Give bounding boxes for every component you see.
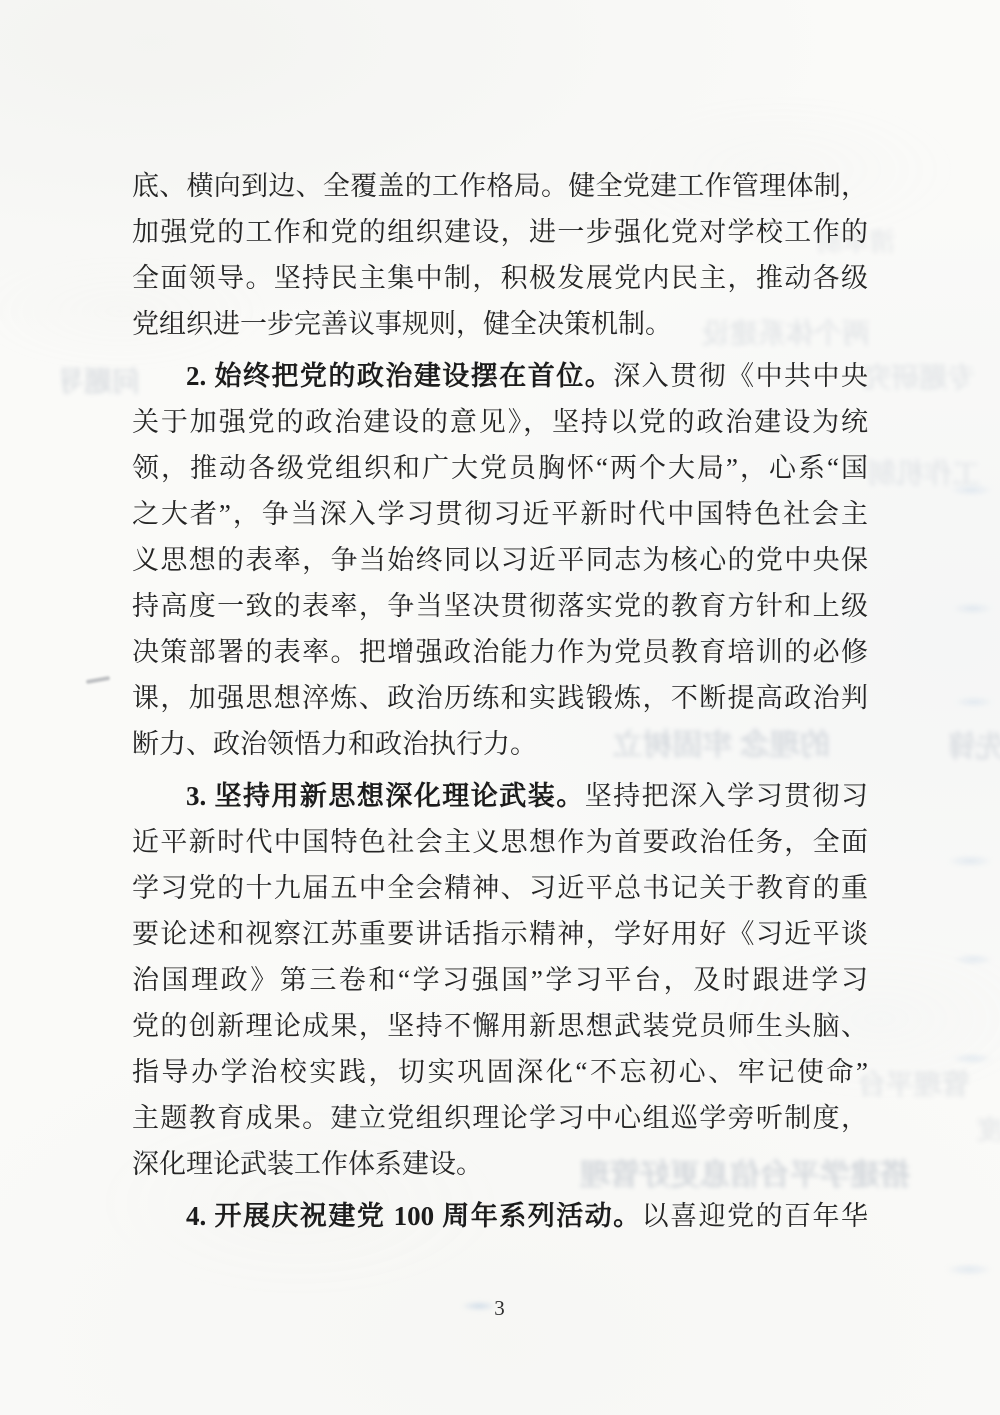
document-text-block: 底、横向到边、全覆盖的工作格局。健全党建工作管理体制，加强党的工作和党的组织建设… [132,163,868,1239]
bleedthrough-text: 先锋 [950,722,1000,766]
bleedthrough-smudge [945,602,1000,615]
bleedthrough-text: 问题导 [62,360,140,400]
scanned-document-page: 清单制两个体系建设问题导专题研究工作机制的理念 牢固树立先锋管理平台搭建学平台信… [0,0,1000,1415]
text-line: 加强党的工作和党的组织建设，进一步强化党对学校工作的 [132,209,868,255]
text-line: 党的创新理论成果，坚持不懈用新思想武装党员师生头脑、 [132,1003,868,1049]
text-line: 课，加强思想淬炼、政治历练和实践锻炼，不断提高政治判 [132,675,868,721]
text-line: 深化理论武装工作体系建设。 [132,1141,868,1187]
text-line: 断力、政治领悟力和政治执行力。 [132,721,868,767]
text-line: 2. 始终把党的政治建设摆在首位。深入贯彻《中共中央 [132,353,868,399]
text-line: 要论述和视察江苏重要讲话指示精神，学好用好《习近平谈 [132,911,868,957]
text-line: 治国理政》第三卷和“学习强国”学习平台，及时跟进学习 [132,957,868,1003]
text-line: 义思想的表率，争当始终同以习近平同志为核心的党中央保 [132,537,868,583]
paragraph-heading: 4. 开展庆祝建党 100 周年系列活动。 [186,1201,642,1231]
paragraph-heading: 3. 坚持用新思想深化理论武装。 [186,781,585,811]
text-line: 全面领导。坚持民主集中制，积极发展党内民主，推动各级 [132,255,868,301]
text-line: 4. 开展庆祝建党 100 周年系列活动。以喜迎党的百年华 [132,1193,868,1239]
bleedthrough-text: 工作机制 [860,452,980,492]
text-line: 指导办学治校实践，切实巩固深化“不忘初心、牢记使命” [132,1049,868,1095]
bleedthrough-text: 度 [963,1110,1000,1147]
text-line: 学习党的十九届五中全会精神、习近平总书记关于教育的重 [132,865,868,911]
text-line: 近平新时代中国特色社会主义思想作为首要政治任务，全面 [132,819,868,865]
text-line: 党组织进一步完善议事规则，健全决策机制。 [132,301,868,347]
paragraph-heading: 2. 始终把党的政治建设摆在首位。 [186,361,613,391]
paragraph-4: 4. 开展庆祝建党 100 周年系列活动。以喜迎党的百年华 [132,1193,868,1239]
text-line: 3. 坚持用新思想深化理论武装。坚持把深入学习贯彻习 [132,773,868,819]
text-line: 决策部署的表率。把增强政治能力作为党员教育培训的必修 [132,629,868,675]
bleedthrough-smudge [948,696,1000,708]
text-line: 持高度一致的表率，争当坚决贯彻落实党的教育方针和上级 [132,583,868,629]
paragraph-3: 3. 坚持用新思想深化理论武装。坚持把深入学习贯彻习近平新时代中国特色社会主义思… [132,773,868,1187]
text-line: 关于加强党的政治建设的意见》，坚持以党的政治建设为统 [132,399,868,445]
text-line: 底、横向到边、全覆盖的工作格局。健全党建工作管理体制， [132,163,868,209]
text-line: 之大者”，争当深入学习贯彻习近平新时代中国特色社会主 [132,491,868,537]
bleedthrough-smudge [946,953,1000,966]
text-line: 主题教育成果。建立党组织理论学习中心组巡学旁听制度， [132,1095,868,1141]
bleedthrough-smudge [940,854,1000,868]
scan-ink-wisp [455,1300,503,1312]
scan-dash-artifact [86,676,110,684]
bleedthrough-smudge [942,483,1000,497]
bleedthrough-smudge [938,1262,1000,1277]
paragraph-1: 底、横向到边、全覆盖的工作格局。健全党建工作管理体制，加强党的工作和党的组织建设… [132,163,868,347]
text-line: 领，推动各级党组织和广大党员胸怀“两个大局”，心系“国 [132,445,868,491]
bleedthrough-smudge [944,1052,1000,1065]
paragraph-2: 2. 始终把党的政治建设摆在首位。深入贯彻《中共中央关于加强党的政治建设的意见》… [132,353,868,767]
